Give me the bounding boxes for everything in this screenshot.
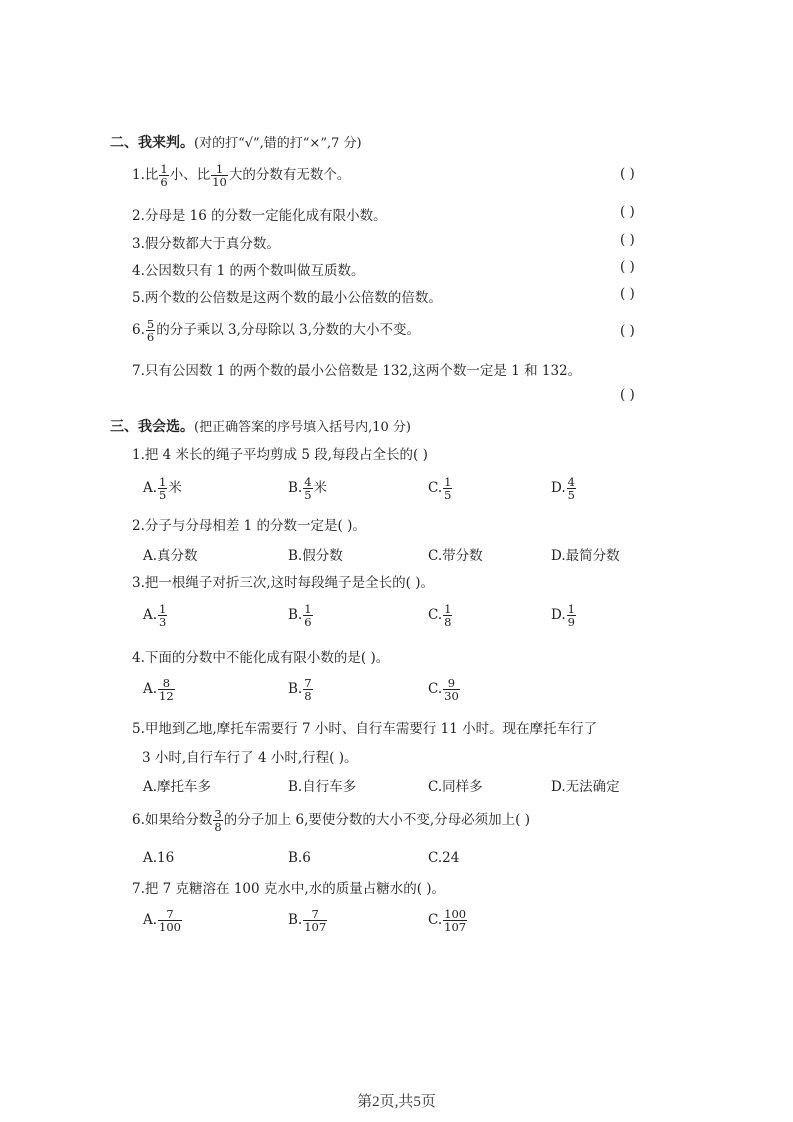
numerator: 5 [146, 318, 155, 330]
numerator: 1 [158, 476, 167, 488]
choice-question-7: 7.把 7 克糖溶在 100 克水中,水的质量占糖水的( )。 [132, 877, 445, 897]
option-text: 摩托车多 [157, 779, 211, 795]
fraction: 18 [443, 603, 452, 628]
judge-item-7: 7.只有公因数 1 的两个数的最小公倍数是 132,这两个数一定是 1 和 13… [132, 359, 581, 379]
option-label: C. [428, 681, 442, 697]
option-a[interactable]: A.16 [143, 850, 174, 866]
judge-item-1: 1.比16小、比110大的分数有无数个。 [132, 163, 350, 188]
option-label: B. [288, 850, 302, 866]
option-text: 假分数 [302, 548, 343, 564]
option-label: A. [143, 779, 157, 795]
option-c[interactable]: C.100107 [428, 908, 468, 933]
denominator: 9 [567, 615, 576, 628]
fraction: 45 [567, 476, 576, 501]
fraction: 16 [159, 163, 168, 188]
option-label: A. [143, 912, 157, 928]
numerator: 1 [303, 603, 312, 615]
option-a[interactable]: A.812 [143, 677, 176, 702]
choice-question-5: 5.甲地到乙地,摩托车需要行 7 小时、自行车需要行 11 小时。现在摩托车行了 [132, 717, 597, 737]
numerator: 7 [165, 908, 174, 920]
denominator: 10 [211, 175, 228, 188]
denominator: 6 [303, 615, 312, 628]
numerator: 1 [159, 163, 168, 175]
option-b[interactable]: B.6 [288, 850, 311, 866]
judge-item-4: 4.公因数只有 1 的两个数叫做互质数。 [132, 259, 365, 279]
page-number: 第2页,共5页 [0, 1090, 793, 1111]
option-label: A. [143, 548, 157, 564]
fraction: 19 [567, 603, 576, 628]
option-b[interactable]: B.16 [288, 603, 314, 628]
option-c[interactable]: C.同样多 [428, 775, 483, 795]
option-c[interactable]: C.24 [428, 850, 459, 866]
option-label: B. [288, 779, 302, 795]
fraction: 13 [158, 603, 167, 628]
option-c[interactable]: C.930 [428, 677, 461, 702]
denominator: 5 [303, 488, 312, 501]
option-label: A. [143, 850, 157, 866]
option-text: 6 [302, 850, 311, 866]
option-label: C. [428, 912, 442, 928]
option-label: D. [551, 480, 566, 496]
fraction: 78 [303, 677, 312, 702]
numerator: 1 [443, 603, 452, 615]
option-label: C. [428, 480, 442, 496]
item-text: 1.比 [132, 167, 158, 183]
item-text: 6. [132, 322, 145, 338]
item-text: 小、比 [170, 167, 211, 183]
option-d[interactable]: D.19 [551, 603, 577, 628]
choice-question-5-line-2: 3 小时,自行车行了 4 小时,行程( )。 [142, 746, 357, 766]
denominator: 107 [443, 920, 467, 933]
numerator: 4 [303, 476, 312, 488]
section-2-heading: 二、我来判。(对的打“√”,错的打“×”,7 分) [110, 132, 362, 152]
option-b[interactable]: B.7107 [288, 908, 328, 933]
denominator: 6 [159, 175, 168, 188]
option-b[interactable]: B.45米 [288, 476, 327, 501]
denominator: 5 [443, 488, 452, 501]
choice-question-6: 6.如果给分数38的分子加上 6,要使分数的大小不变,分母必须加上( ) [132, 808, 530, 833]
item-text: 的分子乘以 3,分母除以 3,分数的大小不变。 [156, 322, 420, 338]
option-label: C. [428, 548, 442, 564]
judge-item-3: 3.假分数都大于真分数。 [132, 232, 280, 252]
fraction: 100107 [443, 908, 467, 933]
option-text: 16 [157, 850, 174, 866]
option-b[interactable]: B.假分数 [288, 544, 343, 564]
numerator: 100 [443, 908, 467, 920]
fraction: 56 [146, 318, 155, 343]
denominator: 8 [303, 689, 312, 702]
section-3-note: (把正确答案的序号填入括号内,10 分) [194, 420, 411, 435]
answer-blank-6[interactable]: ( ) [620, 323, 635, 339]
denominator: 12 [158, 689, 175, 702]
option-label: C. [428, 607, 442, 623]
numerator: 7 [311, 908, 320, 920]
option-a[interactable]: A.15米 [143, 476, 182, 501]
denominator: 100 [158, 920, 182, 933]
answer-blank-4[interactable]: ( ) [620, 259, 635, 275]
fraction: 7100 [158, 908, 182, 933]
judge-item-2: 2.分母是 16 的分数一定能化成有限小数。 [132, 204, 387, 224]
judge-item-5: 5.两个数的公倍数是这两个数的最小公倍数的倍数。 [132, 286, 442, 306]
option-text: 带分数 [442, 548, 483, 564]
section-3-title: 三、我会选。 [110, 419, 194, 435]
option-label: A. [143, 480, 157, 496]
option-d[interactable]: D.无法确定 [551, 775, 620, 795]
numerator: 9 [447, 677, 456, 689]
option-a[interactable]: A.7100 [143, 908, 183, 933]
judge-item-6: 6.56的分子乘以 3,分母除以 3,分数的大小不变。 [132, 318, 420, 343]
option-text: 24 [442, 850, 459, 866]
choice-question-4: 4.下面的分数中不能化成有限小数的是( )。 [132, 646, 389, 666]
item-text: 大的分数有无数个。 [229, 167, 351, 183]
option-label: A. [143, 681, 157, 697]
choice-question-1: 1.把 4 米长的绳子平均剪成 5 段,每段占全长的( ) [132, 443, 428, 463]
denominator: 5 [158, 488, 167, 501]
option-d[interactable]: D.最简分数 [551, 544, 620, 564]
fraction: 15 [443, 476, 452, 501]
option-label: C. [428, 779, 442, 795]
fraction: 15 [158, 476, 167, 501]
question-text: 6.如果给分数 [132, 812, 212, 828]
fraction: 7107 [303, 908, 327, 933]
answer-blank-1[interactable]: ( ) [620, 166, 635, 182]
answer-blank-2[interactable]: ( ) [620, 204, 635, 220]
option-text: 最简分数 [566, 548, 620, 564]
denominator: 107 [303, 920, 327, 933]
numerator: 4 [567, 476, 576, 488]
numerator: 3 [213, 808, 222, 820]
numerator: 8 [162, 677, 171, 689]
option-c[interactable]: C.18 [428, 603, 453, 628]
fraction: 812 [158, 677, 175, 702]
fraction: 38 [213, 808, 222, 833]
option-d[interactable]: D.45 [551, 476, 577, 501]
option-label: B. [288, 607, 302, 623]
option-text: 真分数 [157, 548, 198, 564]
denominator: 6 [146, 330, 155, 343]
denominator: 30 [443, 689, 460, 702]
option-text: 自行车多 [302, 779, 356, 795]
fraction: 110 [211, 163, 228, 188]
option-b[interactable]: B.78 [288, 677, 314, 702]
option-a[interactable]: A.13 [143, 603, 168, 628]
denominator: 3 [158, 615, 167, 628]
unit: 米 [168, 480, 182, 496]
denominator: 8 [443, 615, 452, 628]
option-label: B. [288, 681, 302, 697]
option-label: B. [288, 912, 302, 928]
section-2-note: (对的打“√”,错的打“×”,7 分) [194, 136, 362, 151]
fraction: 45 [303, 476, 312, 501]
denominator: 8 [213, 820, 222, 833]
numerator: 1 [215, 163, 224, 175]
option-text: 同样多 [442, 779, 483, 795]
option-label: C. [428, 850, 442, 866]
question-text: 的分子加上 6,要使分数的大小不变,分母必须加上( ) [224, 812, 530, 828]
answer-blank-5[interactable]: ( ) [620, 286, 635, 302]
fraction: 930 [443, 677, 460, 702]
answer-blank-3[interactable]: ( ) [620, 232, 635, 248]
section-3-heading: 三、我会选。(把正确答案的序号填入括号内,10 分) [110, 416, 411, 436]
option-c[interactable]: C.带分数 [428, 544, 483, 564]
numerator: 1 [158, 603, 167, 615]
option-label: D. [551, 607, 566, 623]
section-2-title: 二、我来判。 [110, 135, 194, 151]
choice-question-2: 2.分子与分母相差 1 的分数一定是( )。 [132, 514, 366, 534]
answer-blank-7[interactable]: ( ) [620, 387, 635, 403]
option-c[interactable]: C.15 [428, 476, 453, 501]
option-label: B. [288, 480, 302, 496]
numerator: 1 [567, 603, 576, 615]
option-label: D. [551, 779, 566, 795]
option-a[interactable]: A.真分数 [143, 544, 198, 564]
option-text: 无法确定 [566, 779, 620, 795]
numerator: 7 [303, 677, 312, 689]
choice-question-3: 3.把一根绳子对折三次,这时每段绳子是全长的( )。 [132, 571, 434, 591]
option-b[interactable]: B.自行车多 [288, 775, 356, 795]
option-label: D. [551, 548, 566, 564]
option-label: A. [143, 607, 157, 623]
fraction: 16 [303, 603, 312, 628]
option-a[interactable]: A.摩托车多 [143, 775, 211, 795]
numerator: 1 [443, 476, 452, 488]
option-label: B. [288, 548, 302, 564]
unit: 米 [314, 480, 328, 496]
denominator: 5 [567, 488, 576, 501]
